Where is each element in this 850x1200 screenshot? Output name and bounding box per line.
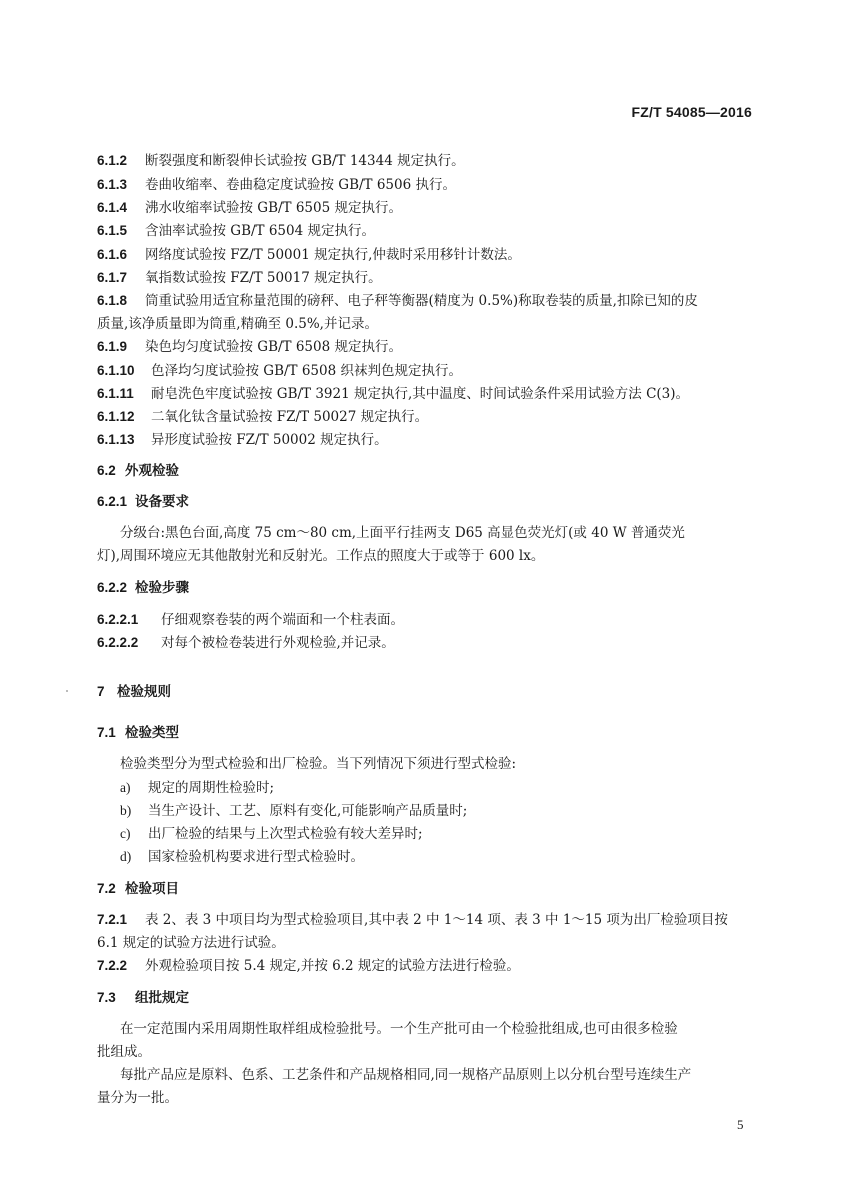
clause-6-1-6: 6.1.6网络度试验按 FZ/T 50001 规定执行,仲裁时采用移针计数法。 (97, 246, 521, 264)
section-7-3-heading: 7.3组批规定 (97, 989, 189, 1007)
section-6-2-1-heading: 6.2.1设备要求 (97, 493, 189, 511)
section-6-2-2-heading: 6.2.2检验步骤 (97, 579, 189, 597)
clause-6-1-8-continued: 质量,该净质量即为筒重,精确至 0.5%,并记录。 (97, 315, 378, 333)
clause-6-2-2-2: 6.2.2.2对每个被检卷装进行外观检验,并记录。 (97, 634, 395, 652)
section-7-2-heading: 7.2检验项目 (97, 880, 179, 898)
clause-6-1-7: 6.1.7氧指数试验按 FZ/T 50017 规定执行。 (97, 269, 382, 287)
clause-7-2-1: 7.2.1表 2、表 3 中项目均为型式检验项目,其中表 2 中 1～14 项、… (97, 911, 728, 929)
section-6-2-heading: 6.2外观检验 (97, 462, 179, 480)
standard-code: FZ/T 54085—2016 (631, 104, 752, 120)
inspection-types-intro: 检验类型分为型式检验和出厂检验。当下列情况下须进行型式检验: (120, 755, 516, 773)
clause-6-1-13: 6.1.13异形度试验按 FZ/T 50002 规定执行。 (97, 431, 388, 449)
clause-6-1-4: 6.1.4沸水收缩率试验按 GB/T 6505 规定执行。 (97, 199, 402, 217)
list-item-a: a)规定的周期性检验时; (120, 779, 274, 797)
equipment-paragraph-line-1: 分级台:黑色台面,高度 75 cm～80 cm,上面平行挂两支 D65 高显色荧… (120, 524, 685, 542)
section-7-1-heading: 7.1检验类型 (97, 724, 179, 742)
batch-paragraph-1-line-1: 在一定范围内采用周期性取样组成检验批号。一个生产批可由一个检验批组成,也可由很多… (120, 1020, 678, 1038)
clause-6-1-10: 6.1.10色泽均匀度试验按 GB/T 6508 织袜判色规定执行。 (97, 362, 462, 380)
list-item-c: c)出厂检验的结果与上次型式检验有较大差异时; (120, 825, 423, 843)
clause-7-2-1-continued: 6.1 规定的试验方法进行试验。 (97, 934, 285, 952)
batch-paragraph-1-line-2: 批组成。 (97, 1043, 151, 1061)
scan-artifact (66, 690, 68, 692)
clause-6-1-11: 6.1.11耐皂洗色牢度试验按 GB/T 3921 规定执行,其中温度、时间试验… (97, 385, 689, 403)
chapter-7-heading: 7检验规则 (97, 683, 171, 701)
clause-7-2-2: 7.2.2外观检验项目按 5.4 规定,并按 6.2 规定的试验方法进行检验。 (97, 957, 520, 975)
list-item-d: d)国家检验机构要求进行型式检验时。 (120, 848, 364, 866)
equipment-paragraph-line-2: 灯),周围环境应无其他散射光和反射光。工作点的照度大于或等于 600 lx。 (97, 547, 544, 565)
page-number: 5 (737, 1117, 744, 1133)
document-page: FZ/T 54085—2016 6.1.2断裂强度和断裂伸长试验按 GB/T 1… (0, 0, 850, 1200)
list-item-b: b)当生产设计、工艺、原料有变化,可能影响产品质量时; (120, 802, 467, 820)
clause-6-1-2: 6.1.2断裂强度和断裂伸长试验按 GB/T 14344 规定执行。 (97, 152, 465, 170)
clause-6-1-8: 6.1.8筒重试验用适宜称量范围的磅秤、电子秤等衡器(精度为 0.5%)称取卷装… (97, 292, 698, 310)
clause-6-2-2-1: 6.2.2.1仔细观察卷装的两个端面和一个柱表面。 (97, 611, 404, 629)
batch-paragraph-2-line-2: 量分为一批。 (97, 1089, 178, 1107)
clause-6-1-5: 6.1.5含油率试验按 GB/T 6504 规定执行。 (97, 222, 375, 240)
batch-paragraph-2-line-1: 每批产品应是原料、色系、工艺条件和产品规格相同,同一规格产品原则上以分机台型号连… (120, 1066, 691, 1084)
clause-6-1-3: 6.1.3卷曲收缩率、卷曲稳定度试验按 GB/T 6506 执行。 (97, 176, 456, 194)
clause-6-1-12: 6.1.12二氧化钛含量试验按 FZ/T 50027 规定执行。 (97, 408, 428, 426)
clause-6-1-9: 6.1.9染色均匀度试验按 GB/T 6508 规定执行。 (97, 338, 402, 356)
